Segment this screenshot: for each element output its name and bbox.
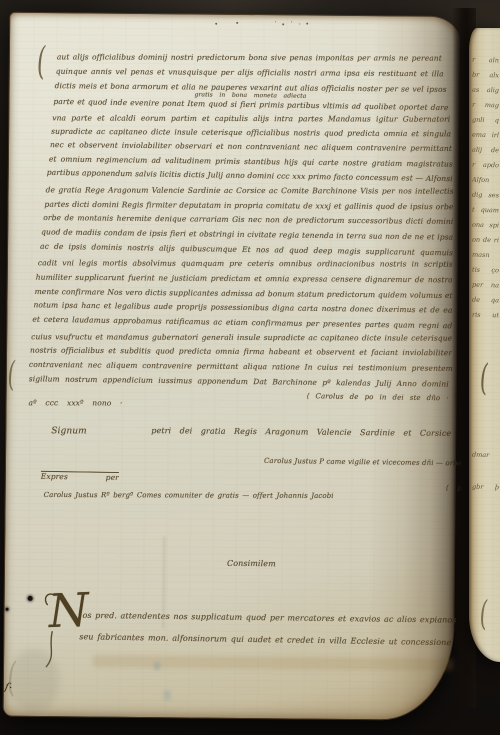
- facing-page-text-fragment: as alig: [472, 86, 499, 96]
- facing-page-text-fragment: alij de: [472, 146, 499, 156]
- initial-letter: N: [48, 586, 90, 634]
- ink-specks-layer: [10, 13, 459, 17]
- ink-speck: [215, 23, 217, 25]
- margin-paraph-mark: (: [7, 354, 16, 395]
- facing-page-text-fragment: ris ut: [472, 311, 499, 321]
- facing-page-text-fragment: masn: [472, 251, 499, 261]
- facing-page-paraph-mark: (: [479, 594, 488, 635]
- facing-page-text-fragment: gbr þ: [472, 483, 499, 493]
- margin-paraph-mark: (: [36, 39, 46, 84]
- facing-page-paraph-mark: (: [479, 358, 489, 400]
- blue-stain: [154, 662, 160, 670]
- facing-page-text-fragment: on de ri: [472, 236, 499, 246]
- ink-speck: [291, 21, 292, 22]
- manuscript-line: ac de ipsis dominis nostris alijs quibus…: [40, 241, 453, 260]
- manuscript-line: quinque annis vel penas et vnusquisque p…: [56, 66, 444, 81]
- manuscript-line: supradicte ac capitaneo dicte insule cet…: [51, 126, 451, 141]
- manuscript-line: et cetera laudamus approbamus ratificamu…: [32, 314, 452, 333]
- manuscript-line: cadit vni legis mortis absolvimus quamqu…: [38, 257, 453, 270]
- consimilem-rubric: Consimilem: [227, 558, 283, 571]
- manuscript-line: nostris officialibus et subditis quod pr…: [30, 345, 452, 360]
- blue-stain: [164, 690, 171, 700]
- facing-page-edge: r alnbr alxas aligr maggnli qema irlalij…: [469, 28, 500, 662]
- second-entry-line: os pred. attendentes nos supplicatum quo…: [82, 610, 456, 627]
- second-entry-line: seu fabricantes mon. alfonsinorum qui au…: [79, 631, 451, 649]
- royal-intitulatio: petri dei gratia Regis Aragonum Valencie…: [151, 425, 451, 440]
- ink-speck: [282, 23, 284, 25]
- expedition-note: Expres per: [41, 471, 119, 484]
- facing-page-text-fragment: t quam: [472, 206, 499, 216]
- year-note: aº ccc xxxº nono ·: [29, 397, 123, 409]
- signum-label: Signum: [51, 426, 115, 438]
- facing-page-text-fragment: r apdo: [472, 161, 499, 171]
- stain-band: [92, 655, 454, 671]
- manuscript-line: de gratia Rege Aragonum Valencie Sardini…: [46, 184, 454, 197]
- facing-page-text-fragment: ema irl: [472, 131, 499, 141]
- wormhole: [28, 596, 33, 601]
- manuscript-page: ((( aut alijs officialibus dominij nostr…: [4, 13, 460, 720]
- facing-page-text-fragment: de qa: [472, 296, 499, 306]
- ink-speck: [306, 23, 308, 25]
- manuscript-line: cuius vsufructu et mandamus gubernatori …: [31, 331, 452, 344]
- handwritten-text-layer: aut alijs officialibus dominij nostri pr…: [10, 13, 459, 17]
- facing-page-text-fragment: r aln: [472, 56, 499, 66]
- facing-page-text-fragment: br alx: [472, 71, 499, 81]
- ink-speck: [299, 23, 300, 24]
- facing-page-text-fragment: dmar: [472, 451, 499, 461]
- chancery-subscription: ⟨ Carolus de po in dei ste dño ·: [307, 391, 449, 405]
- facing-page-text-fragment: r mag: [472, 101, 499, 111]
- facing-page-text-fragment: tis ço: [472, 266, 499, 276]
- manuscript-line: parte et quod inde evenire ponat Item qu…: [53, 96, 448, 114]
- manuscript-line: orbe de montanis heremite denique carrar…: [43, 212, 453, 228]
- facing-page-text-fragment: ona spi: [472, 221, 499, 231]
- manuscript-line: aut alijs officialibus dominij nostri pr…: [57, 51, 442, 64]
- margin-marks-layer: (((: [10, 13, 459, 17]
- facing-page-text-fragment: Alfon: [472, 176, 499, 186]
- manuscript-line: partes dicti domini Regis firmiter deput…: [44, 199, 453, 214]
- facing-page-text-fragment: gnli q: [472, 116, 499, 126]
- dating-clause: sigillum nostrum appendicium iussimus ap…: [29, 373, 449, 390]
- chancery-note: Carolus Justus Rº bergº Comes comuniter …: [44, 490, 334, 503]
- ink-speck: [236, 22, 238, 24]
- ink-speck: [275, 21, 276, 22]
- wormhole: [6, 608, 9, 611]
- manuscript-line: vna parte et alcaldi eorum partim et cap…: [52, 112, 450, 125]
- manuscript-photo: ((( aut alijs officialibus dominij nostr…: [0, 0, 500, 735]
- corner-stain: [8, 649, 61, 713]
- manuscript-line: humiliter supplicarunt fuerint ne justic…: [36, 272, 453, 287]
- manuscript-line: nec et observent inviolabiliter observar…: [50, 139, 452, 155]
- facing-page-text-fragment: dig ses: [472, 191, 499, 201]
- manuscript-line: contraveniant nec aliquem contravenire p…: [29, 359, 453, 375]
- facing-page-text-fragment: per na: [472, 281, 499, 291]
- chancery-note: Carolus Justus P came vigilie et vicecom…: [264, 456, 462, 471]
